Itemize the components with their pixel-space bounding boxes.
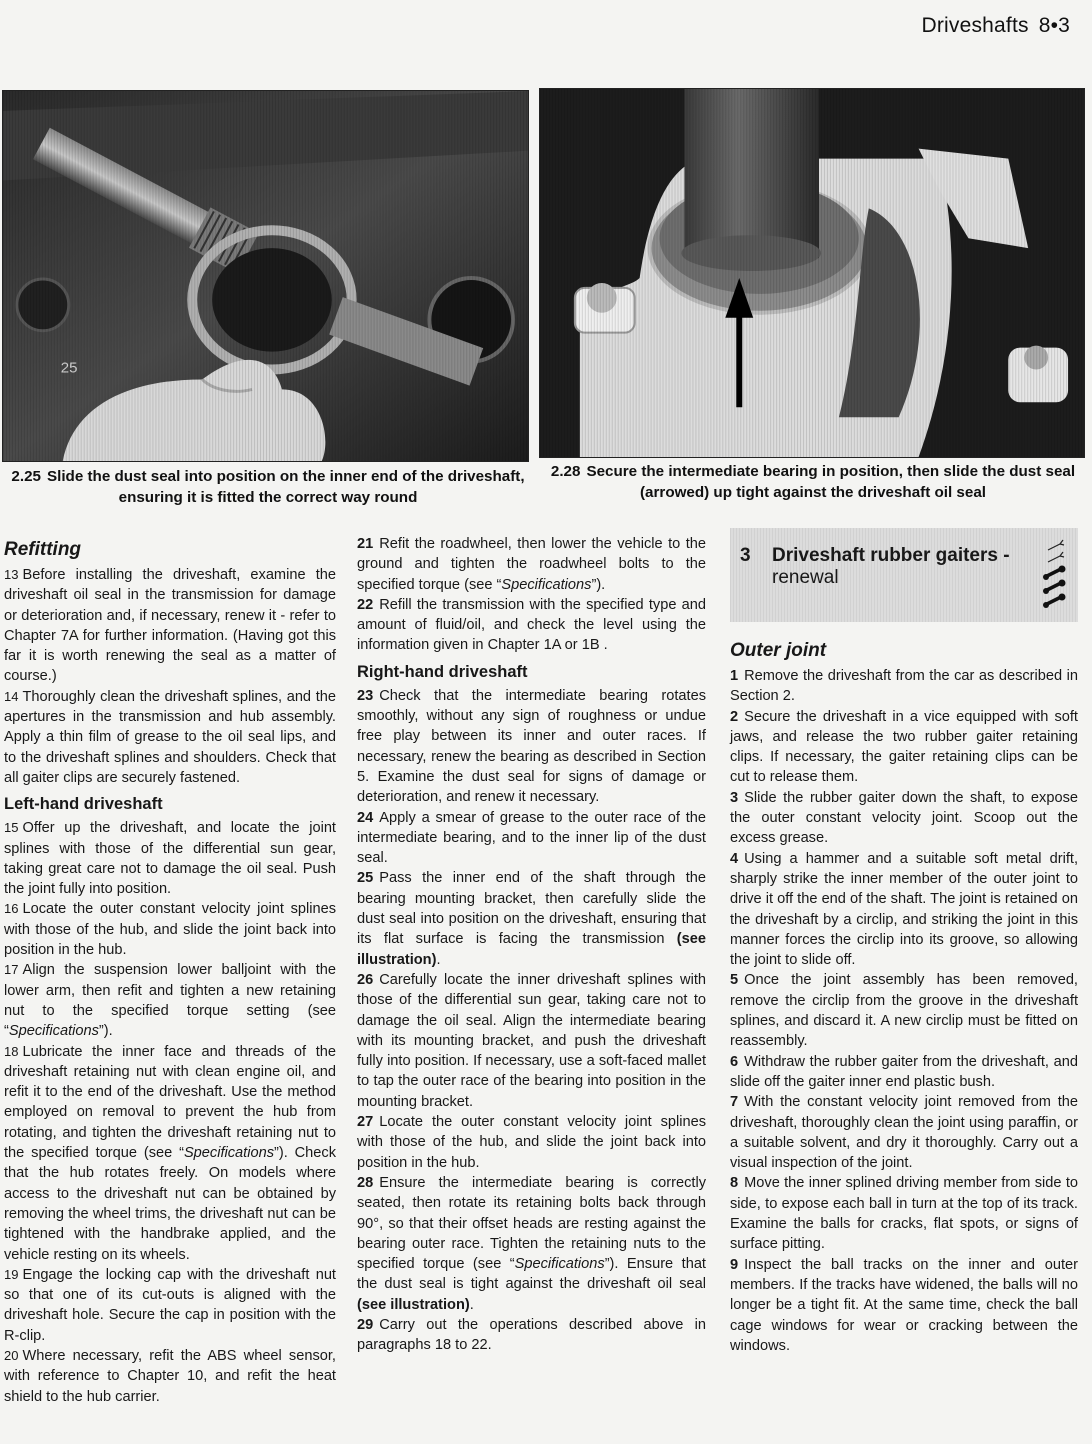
- paragraph-text: Offer up the driveshaft, and locate the …: [4, 820, 336, 897]
- paragraph-number: 27: [357, 1114, 373, 1130]
- paragraph-number: 20: [4, 1348, 18, 1363]
- paragraph-text: ”).: [99, 1023, 113, 1039]
- text-column-2: 21Refit the roadwheel, then lower the ve…: [357, 534, 706, 1356]
- paragraph: 6Withdraw the rubber gaiter from the dri…: [730, 1052, 1078, 1093]
- paragraph: 26Carefully locate the inner driveshaft …: [357, 970, 706, 1112]
- paragraph-text: Lubricate the inner face and threads of …: [4, 1044, 336, 1161]
- paragraph: 9Inspect the ball tracks on the inner an…: [730, 1255, 1078, 1356]
- paragraph-number: 26: [357, 972, 373, 988]
- paragraph: 23Check that the intermediate bearing ro…: [357, 686, 706, 808]
- paragraph-number: 28: [357, 1175, 373, 1191]
- page-number: 8•3: [1039, 14, 1070, 37]
- paragraph: 17Align the suspension lower balljoint w…: [4, 960, 336, 1041]
- paragraph: 25Pass the inner end of the shaft throug…: [357, 868, 706, 969]
- paragraph: 27Locate the outer constant velocity joi…: [357, 1112, 706, 1173]
- subheading-left-hand-driveshaft: Left-hand driveshaft: [4, 792, 336, 816]
- paragraph-text: Inspect the ball tracks on the inner and…: [730, 1257, 1078, 1354]
- paragraph-text: Refill the transmission with the specifi…: [357, 597, 706, 654]
- section-heading-refitting: Refitting: [4, 537, 336, 563]
- paragraph-text: Carefully locate the inner driveshaft sp…: [357, 972, 706, 1110]
- text-column-3: 3 Driveshaft rubber gaiters - renewal Ou…: [730, 528, 1078, 1356]
- paragraph: 16Locate the outer constant velocity joi…: [4, 899, 336, 960]
- paragraph: 29Carry out the operations described abo…: [357, 1315, 706, 1356]
- paragraph: 15Offer up the driveshaft, and locate th…: [4, 818, 336, 899]
- paragraph-number: 16: [4, 901, 18, 916]
- photo-illustration: [540, 89, 1084, 457]
- paragraph: 4Using a hammer and a suitable soft meta…: [730, 849, 1078, 971]
- paragraph-number: 3: [730, 790, 738, 806]
- text-column-1: Refitting 13Before installing the drives…: [4, 535, 336, 1407]
- paragraph-text: .: [436, 952, 440, 968]
- paragraph-number: 29: [357, 1317, 373, 1333]
- paragraph-text: Before installing the driveshaft, examin…: [4, 567, 336, 684]
- section-title-main: Driveshaft rubber gaiters -: [772, 545, 1010, 566]
- paragraph-number: 25: [357, 870, 373, 886]
- section-heading-outer-joint: Outer joint: [730, 638, 1078, 664]
- photo-illustration: 25: [3, 91, 528, 461]
- paragraph: 3Slide the rubber gaiter down the shaft,…: [730, 788, 1078, 849]
- paragraph: 1Remove the driveshaft from the car as d…: [730, 666, 1078, 707]
- paragraph: 8Move the inner splined driving member f…: [730, 1173, 1078, 1254]
- paragraph-text: ”). Check that the hub rotates freely. O…: [4, 1145, 336, 1262]
- figure-number: 2.28: [551, 463, 581, 480]
- figure-number: 2.25: [11, 468, 41, 485]
- specifications-reference: Specifications: [9, 1023, 99, 1039]
- paragraph-number: 5: [730, 972, 738, 988]
- paragraph-number: 9: [730, 1257, 738, 1273]
- paragraph-number: 15: [4, 820, 18, 835]
- chapter-title: Driveshafts: [921, 14, 1028, 37]
- paragraph-text: With the constant velocity joint removed…: [730, 1094, 1078, 1171]
- paragraph: 19Engage the locking cap with the drives…: [4, 1265, 336, 1346]
- paragraph-number: 23: [357, 688, 373, 704]
- paragraph-text: ”).: [591, 577, 605, 593]
- paragraph-text: .: [470, 1297, 474, 1313]
- paragraph-text: Using a hammer and a suitable soft metal…: [730, 851, 1078, 968]
- paragraph: 28Ensure the intermediate bearing is cor…: [357, 1173, 706, 1315]
- section-title: Driveshaft rubber gaiters - renewal: [772, 545, 1042, 589]
- paragraph-number: 13: [4, 567, 18, 582]
- photo-intermediate-bearing: [539, 88, 1085, 458]
- paragraph-number: 18: [4, 1044, 18, 1059]
- paragraph-number: 21: [357, 536, 373, 552]
- photo-dust-seal-inner-end: 25: [2, 90, 529, 462]
- paragraph: 14Thoroughly clean the driveshaft spline…: [4, 687, 336, 788]
- paragraph-text: Where necessary, refit the ABS wheel sen…: [4, 1348, 336, 1405]
- paragraph-text: Slide the rubber gaiter down the shaft, …: [730, 790, 1078, 847]
- paragraph-number: 17: [4, 962, 18, 977]
- specifications-reference: Specifications: [515, 1256, 605, 1272]
- paragraph: 2Secure the driveshaft in a vice equippe…: [730, 707, 1078, 788]
- paragraph: 22Refill the transmission with the speci…: [357, 595, 706, 656]
- paragraph-text: Engage the locking cap with the drivesha…: [4, 1267, 336, 1344]
- paragraph-number: 19: [4, 1267, 18, 1282]
- paragraph-text: Move the inner splined driving member fr…: [730, 1175, 1078, 1252]
- paragraph-text: Locate the outer constant velocity joint…: [357, 1114, 706, 1171]
- paragraph: 13Before installing the driveshaft, exam…: [4, 565, 336, 687]
- paragraph-number: 1: [730, 668, 738, 684]
- paragraph: 20Where necessary, refit the ABS wheel s…: [4, 1346, 336, 1407]
- paragraph: 24Apply a smear of grease to the outer r…: [357, 808, 706, 869]
- paragraph-number: 7: [730, 1094, 738, 1110]
- paragraph-text: Carry out the operations described above…: [357, 1317, 706, 1353]
- specifications-reference: Specifications: [184, 1145, 274, 1161]
- paragraph-text: Remove the driveshaft from the car as de…: [730, 668, 1078, 704]
- paragraph-text: Thoroughly clean the driveshaft splines,…: [4, 689, 336, 786]
- paragraph: 21Refit the roadwheel, then lower the ve…: [357, 534, 706, 595]
- paragraph-text: Check that the intermediate bearing rota…: [357, 688, 706, 805]
- paragraph: 5Once the joint assembly has been remove…: [730, 970, 1078, 1051]
- paragraph-text: Withdraw the rubber gaiter from the driv…: [730, 1054, 1078, 1090]
- paragraph-text: Once the joint assembly has been removed…: [730, 972, 1078, 1049]
- paragraph-number: 22: [357, 597, 373, 613]
- paragraph-text: Locate the outer constant velocity joint…: [4, 901, 336, 958]
- specifications-reference: Specifications: [501, 577, 591, 593]
- wrench-rating-icon: [1042, 536, 1068, 616]
- paragraph-number: 6: [730, 1054, 738, 1070]
- paragraph: 7With the constant velocity joint remove…: [730, 1092, 1078, 1173]
- caption-text: Slide the dust seal into position on the…: [47, 468, 525, 506]
- paragraph-number: 24: [357, 810, 373, 826]
- caption-text: Secure the intermediate bearing in posit…: [586, 463, 1075, 501]
- subheading-right-hand-driveshaft: Right-hand driveshaft: [357, 660, 706, 684]
- section-header-box: 3 Driveshaft rubber gaiters - renewal: [730, 528, 1078, 622]
- section-number: 3: [740, 546, 751, 566]
- paragraph-text: Apply a smear of grease to the outer rac…: [357, 810, 706, 867]
- paragraph-text: Secure the driveshaft in a vice equipped…: [730, 709, 1078, 786]
- paragraph-number: 2: [730, 709, 738, 725]
- paragraph: 18Lubricate the inner face and threads o…: [4, 1042, 336, 1265]
- paragraph-number: 14: [4, 689, 18, 704]
- running-header: Driveshafts8•3: [921, 14, 1070, 38]
- paragraph-number: 8: [730, 1175, 738, 1191]
- paragraph-text: Pass the inner end of the shaft through …: [357, 870, 706, 947]
- paragraph-number: 4: [730, 851, 738, 867]
- see-illustration-link[interactable]: (see illustration): [357, 1297, 470, 1313]
- figure-caption: 2.25Slide the dust seal into position on…: [8, 466, 528, 508]
- section-title-sub: renewal: [772, 567, 839, 588]
- figure-caption: 2.28Secure the intermediate bearing in p…: [545, 461, 1081, 503]
